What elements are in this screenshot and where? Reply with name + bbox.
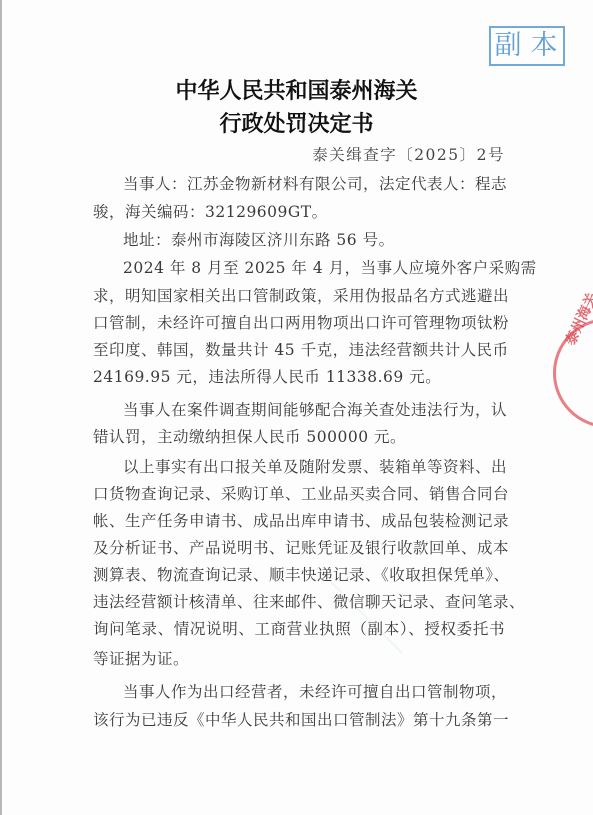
document-title-line-2: 行政处罚决定书 bbox=[0, 107, 593, 138]
body-line: 等证据为证。 bbox=[93, 649, 505, 669]
body-line: 24169.95 元，违法所得人民币 11338.69 元。 bbox=[93, 367, 505, 387]
copy-stamp: 副 本 bbox=[489, 26, 565, 66]
body-line: 测算表、物流查询记录、顺丰快递记录、《收取担保凭单》、 bbox=[93, 565, 505, 585]
body-line: 2024 年 8 月至 2025 年 4 月，当事人应境外客户采购需 bbox=[123, 258, 505, 278]
body-line: 地址：泰州市海陵区济川东路 56 号。 bbox=[123, 230, 505, 250]
body-line: 及分析证书、产品说明书、记账凭证及银行收款回单、成本 bbox=[93, 538, 505, 558]
body-line: 当事人作为出口经营者，未经许可擅自出口管制物项， bbox=[123, 682, 505, 702]
copy-stamp-char-2: 本 bbox=[531, 28, 560, 64]
body-line: 以上事实有出口报关单及随附发票、装箱单等资料、出 bbox=[123, 457, 505, 477]
document-title-line-1: 中华人民共和国泰州海关 bbox=[0, 74, 593, 105]
body-line: 询问笔录、情况说明、工商营业执照（副本）、授权委托书 bbox=[93, 619, 505, 639]
document-number: 泰关缉查字〔2025〕2号 bbox=[312, 143, 505, 165]
copy-stamp-char-1: 副 bbox=[495, 28, 524, 64]
body-line: 至印度、韩国，数量共计 45 千克，违法经营额共计人民币 bbox=[93, 340, 505, 360]
body-line: 违法经营额计核清单、往来邮件、微信聊天记录、查问笔录、 bbox=[93, 592, 505, 612]
body-line: 该行为已违反《中华人民共和国出口管制法》第十九条第一 bbox=[93, 710, 505, 730]
body-line: 口货物查询记录、采购订单、工业品买卖合同、销售合同台 bbox=[93, 484, 505, 504]
body-line: 当事人：江苏金物新材料有限公司，法定代表人：程志 bbox=[123, 174, 505, 194]
body-line: 求，明知国家相关出口管制政策，采用伪报品名方式逃避出 bbox=[93, 286, 505, 306]
body-line: 骏，海关编码：32129609GT。 bbox=[93, 202, 505, 222]
body-line: 帐、生产任务申请书、成品出库申请书、成品包装检测记录 bbox=[93, 511, 505, 531]
body-line: 口管制，未经许可擅自出口两用物项出口许可管理物项钛粉 bbox=[93, 313, 505, 333]
body-line: 当事人在案件调查期间能够配合海关查处违法行为，认 bbox=[123, 400, 505, 420]
body-line: 错认罚，主动缴纳担保人民币 500000 元。 bbox=[93, 427, 505, 447]
